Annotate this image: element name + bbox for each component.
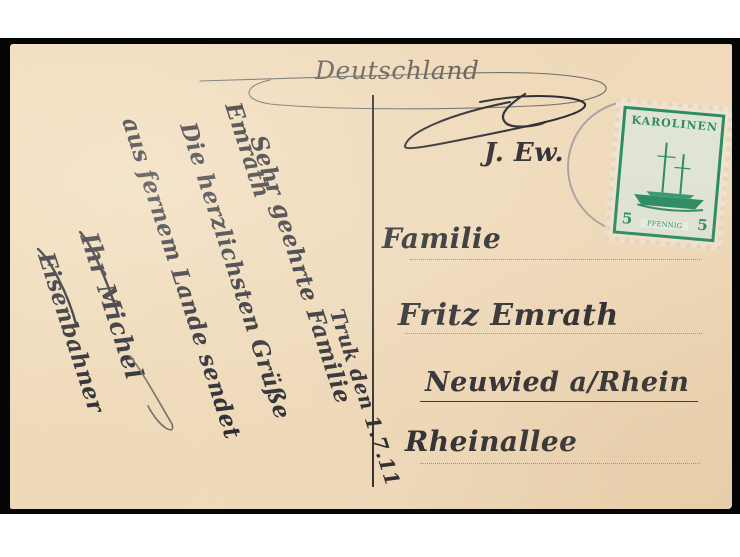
address-dotted-line xyxy=(410,259,702,260)
address-dotted-line xyxy=(405,333,702,334)
stamp-value-right: 5 xyxy=(696,216,708,235)
postcard: Deutschland J. Ew. Familie Fritz Emrath … xyxy=(10,44,732,509)
stamp-value-left: 5 xyxy=(621,209,633,228)
handwriting-flourishes xyxy=(10,44,370,509)
salutation-abbrev: J. Ew. xyxy=(484,138,564,168)
stamp-issuer: KAROLINEN xyxy=(631,114,716,134)
address-line-1: Familie xyxy=(382,222,501,255)
stamp-denomination: PFENNIG xyxy=(640,219,689,231)
ship-icon xyxy=(623,131,720,219)
address-line-3: Neuwied a/Rhein xyxy=(425,367,689,398)
address-line-4: Rheinallee xyxy=(405,425,577,458)
address-line-2: Fritz Emrath xyxy=(398,298,619,333)
underline xyxy=(420,401,698,402)
stamp-design: KAROLINEN 5 5 PFENNIG xyxy=(613,106,726,242)
address-dotted-line xyxy=(420,463,700,464)
postage-stamp: KAROLINEN 5 5 PFENNIG xyxy=(604,97,732,251)
